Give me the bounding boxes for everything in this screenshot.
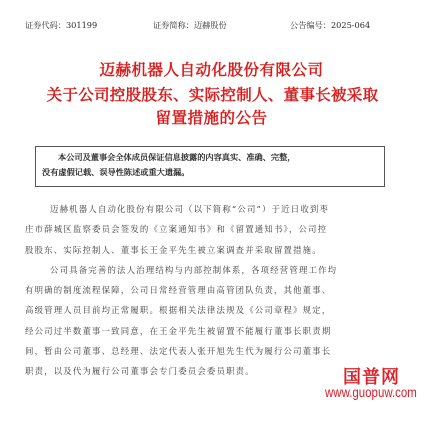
disclosure-line-1: 本公司及董事会全体成员保证信息披露的内容真实、准确、完整， bbox=[42, 150, 380, 165]
body-line: 职责，以及代为履行公司董事会专门委员会委员职责。 bbox=[25, 361, 395, 381]
body-line: 有明确的制度流程保障，公司日常经营管理由高管团队负责，其他董事、 bbox=[25, 280, 395, 300]
announcement-meta: 证券代码：301199 证券简称：迈赫股份 公告编号：2025-064 bbox=[25, 19, 405, 31]
announcement-body: 迈赫机器人自动化股份有限公司（以下简称“公司”）于近日收到枣 庄市薛城区监察委员… bbox=[25, 199, 395, 382]
security-code-value: 301199 bbox=[66, 20, 97, 30]
body-line: 经公司过半数董事一致同意，在王金平先生被留置不能履行董事长职责期 bbox=[25, 321, 395, 341]
security-short-value: 迈赫股份 bbox=[194, 20, 227, 30]
title-subject-line-end: 留置措施的公告 bbox=[0, 107, 431, 129]
title-company-name: 迈赫机器人自动化股份有限公司 bbox=[0, 59, 431, 81]
announcement-number-value: 2025-064 bbox=[331, 20, 370, 30]
security-short-label: 证券简称： bbox=[153, 20, 194, 30]
announcement-page: 证券代码：301199 证券简称：迈赫股份 公告编号：2025-064 迈赫机器… bbox=[0, 0, 439, 422]
body-line: 股股东、实际控制人、董事长王金平先生被立案调查并采取留置措施。 bbox=[25, 240, 395, 260]
disclosure-line-2: 没有虚假记载、误导性陈述或重大遗漏。 bbox=[42, 165, 380, 180]
announcement-number: 公告编号：2025-064 bbox=[290, 19, 370, 31]
title-subject-line: 关于公司控股股东、实际控制人、董事长被采取 bbox=[0, 84, 432, 106]
security-code: 证券代码：301199 bbox=[25, 19, 97, 31]
body-line: 庄市薛城区监察委员会签发的《立案通知书》和《留置通知书》，公司控 bbox=[25, 219, 395, 239]
body-line: 公司具备完善的法人治理结构与内部控制体系，各项经营管理工作均 bbox=[25, 260, 395, 280]
body-line: 间，暂由公司董事、总经理、法定代表人张开旭先生代为履行公司董事长 bbox=[25, 341, 395, 361]
watermark-url: www.guopuw.com bbox=[325, 385, 417, 401]
security-short-name: 证券简称：迈赫股份 bbox=[153, 19, 227, 31]
body-line: 迈赫机器人自动化股份有限公司（以下简称“公司”）于近日收到枣 bbox=[25, 199, 395, 219]
disclosure-statement-box: 本公司及董事会全体成员保证信息披露的内容真实、准确、完整， 没有虚假记载、误导性… bbox=[35, 146, 385, 187]
security-code-label: 证券代码： bbox=[25, 20, 66, 30]
body-line: 高级管理人员目前均正常履职。根据相关法律法规及《公司章程》规定， bbox=[25, 300, 395, 320]
announcement-number-label: 公告编号： bbox=[290, 20, 331, 30]
